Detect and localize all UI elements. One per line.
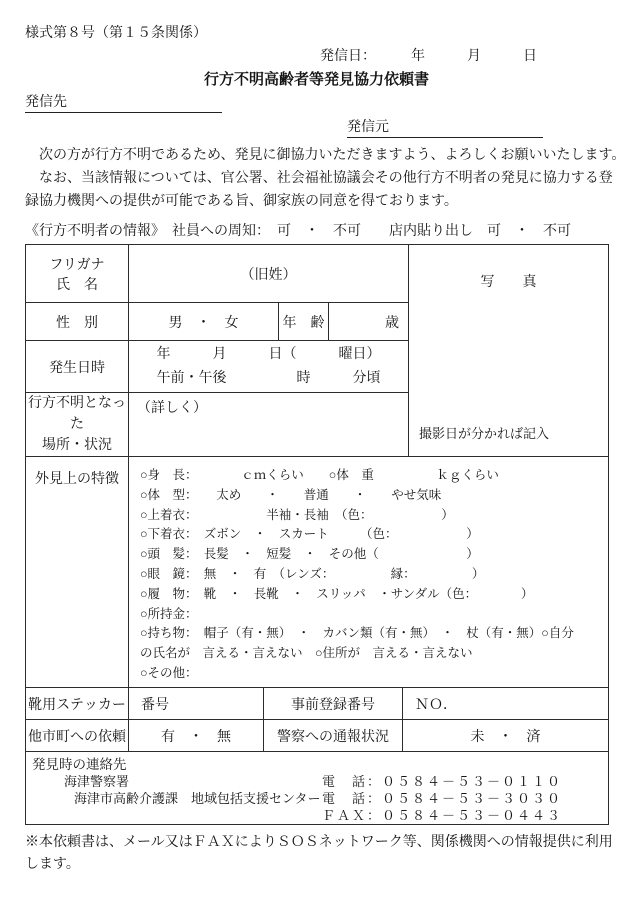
appearance-label: 外見上の特徴	[26, 457, 129, 688]
preregistration-number: ＮＯ．	[403, 688, 609, 720]
sender-row: 発信元	[25, 119, 608, 139]
form-number: 様式第８号（第１５条関係）	[25, 22, 608, 42]
posting-options: 可 ・ 不可	[487, 224, 571, 239]
appearance-line: ○その他：	[140, 664, 602, 684]
appearance-line: ○所持金：	[140, 605, 602, 625]
furigana-name-label: フリガナ 氏 名	[26, 245, 129, 303]
missing-location-value: （詳しく）	[129, 393, 409, 457]
document-title: 行方不明高齢者等発見協力依頼書	[25, 68, 608, 89]
intro-line: 次の方が行方不明であるため、発見に御協力いただきますよう、よろしくお願いいたしま…	[25, 144, 608, 167]
photo-date-note: 撮影日が分かれば記入	[419, 423, 549, 442]
sticker-number-label: 番号	[129, 688, 264, 720]
staff-notice-options: 可 ・ 不可	[277, 224, 361, 239]
intro-line: 録協力機関への提供が可能である旨、御家族の同意を得ております。	[25, 190, 608, 213]
staff-notice-label: 社員への周知：	[172, 224, 263, 239]
location-label-line: 場所・状況	[26, 435, 128, 456]
furigana-label: フリガナ	[26, 254, 128, 274]
sender-underline: 発信元	[347, 119, 543, 138]
appearance-line: の氏名が 言える・言えない ○住所が 言える・言えない	[140, 644, 602, 664]
document-page: 様式第８号（第１５条関係） 発信日： 年 月 日 行方不明高齢者等発見協力依頼書…	[0, 0, 630, 876]
gender-options: 男 ・ 女	[129, 303, 279, 341]
police-report-options: 未 ・ 済	[403, 720, 609, 752]
contact-org: 海津警察署	[64, 774, 129, 789]
appearance-line: ○履 物： 靴 ・ 長靴 ・ スリッパ ・サンダル（色： ）	[140, 585, 602, 605]
appearance-cell: ○身 長： ｃｍくらい ○体 重 ｋｇくらい ○体 型： 太め ・ 普通 ・ や…	[129, 457, 609, 688]
appearance-line: ○頭 髪： 長髪 ・ 短髪 ・ その他（ ）	[140, 545, 602, 565]
age-label: 年 齢	[279, 303, 329, 341]
info-section-label: 《行方不明者の情報》	[25, 224, 158, 239]
recipient-row: 発信先	[25, 94, 608, 114]
contact-line: 海津市高齢介護課 地域包括支援センター 電 話：０５８４－５３－３０３０	[26, 790, 608, 807]
datetime-line: 午前・午後 時 分頃	[129, 367, 408, 391]
age-unit: 歳	[329, 303, 409, 341]
maiden-name-cell: （旧姓）	[129, 245, 409, 303]
intro-paragraph: 次の方が行方不明であるため、発見に御協力いただきますよう、よろしくお願いいたしま…	[25, 144, 608, 213]
sender-label: 発信元	[347, 120, 389, 135]
photo-cell: 写 真 撮影日が分かれば記入	[409, 245, 609, 457]
preregistration-label: 事前登録番号	[264, 688, 403, 720]
contact-line: 海津警察署 電 話：０５８４－５３－０１１０	[26, 773, 608, 790]
contact-title: 発見時の連絡先	[26, 756, 608, 773]
contact-table: 発見時の連絡先 海津警察署 電 話：０５８４－５３－０１１０ 海津市高齢介護課 …	[25, 751, 609, 825]
location-hint: （詳しく）	[129, 393, 408, 417]
contact-tel: 電 話：０５８４－５３－３０３０	[322, 790, 562, 807]
other-city-request-label: 他市町への依頼	[26, 720, 129, 752]
contact-fax: ＦＡＸ：０５８４－５３－０４４３	[322, 807, 562, 824]
appearance-line: ○眼 鏡： 無 ・ 有 （レンズ： 縁： ）	[140, 565, 602, 585]
gender-label: 性 別	[26, 303, 129, 341]
shoe-sticker-label: 靴用ステッカー	[26, 688, 129, 720]
incident-datetime-value: 年 月 日（ 曜日） 午前・午後 時 分頃	[129, 341, 409, 393]
footer-note-line: します。	[25, 854, 608, 876]
police-report-label: 警察への通報状況	[264, 720, 403, 752]
footer-note-line: ※本依頼書は、メール又はＦＡＸによりＳＯＳネットワーク等、関係機関への情報提供に…	[25, 832, 608, 854]
posting-label: 店内貼り出し	[389, 224, 473, 239]
incident-datetime-label: 発生日時	[26, 341, 129, 393]
missing-location-label: 行方不明となった 場所・状況	[26, 393, 129, 457]
footer-note: ※本依頼書は、メール又はＦＡＸによりＳＯＳネットワーク等、関係機関への情報提供に…	[25, 832, 608, 876]
registration-table: 靴用ステッカー 番号 事前登録番号 ＮＯ． 他市町への依頼 有 ・ 無 警察への…	[25, 687, 609, 752]
appearance-line: ○身 長： ｃｍくらい ○体 重 ｋｇくらい	[140, 466, 602, 486]
appearance-line: ○上着衣： 半袖・長袖 （色： ）	[140, 506, 602, 526]
info-section-header: 《行方不明者の情報》 社員への周知： 可 ・ 不可 店内貼り出し 可 ・ 不可	[25, 220, 608, 240]
intro-line: なお、当該情報については、官公署、社会福祉協議会その他行方不明者の発見に協力する…	[25, 167, 608, 190]
appearance-line: ○持ち物： 帽子（有・無） ・ カバン類（有・無） ・ 杖（有・無）○自分	[140, 624, 602, 644]
contact-cell: 発見時の連絡先 海津警察署 電 話：０５８４－５３－０１１０ 海津市高齢介護課 …	[26, 752, 609, 825]
location-label-line: 行方不明となった	[26, 393, 128, 435]
contact-line: ＦＡＸ：０５８４－５３－０４４３	[26, 807, 608, 824]
contact-tel: 電 話：０５８４－５３－０１１０	[322, 773, 562, 790]
other-city-request-options: 有 ・ 無	[129, 720, 264, 752]
missing-person-table: フリガナ 氏 名 （旧姓） 写 真 撮影日が分かれば記入 性 別 男 ・ 女 年…	[25, 244, 609, 688]
recipient-label: 発信先	[25, 95, 67, 110]
contact-org: 海津市高齢介護課 地域包括支援センター	[74, 791, 320, 806]
appearance-line: ○体 型： 太め ・ 普通 ・ やせ気味	[140, 486, 602, 506]
recipient-underline: 発信先	[25, 94, 222, 113]
issue-date-line: 発信日： 年 月 日	[25, 45, 608, 65]
appearance-line: ○下着衣： ズボン ・ スカート （色： ）	[140, 525, 602, 545]
name-label: 氏 名	[26, 274, 128, 294]
datetime-line: 年 月 日（ 曜日）	[129, 343, 408, 367]
photo-label: 写 真	[409, 245, 608, 291]
